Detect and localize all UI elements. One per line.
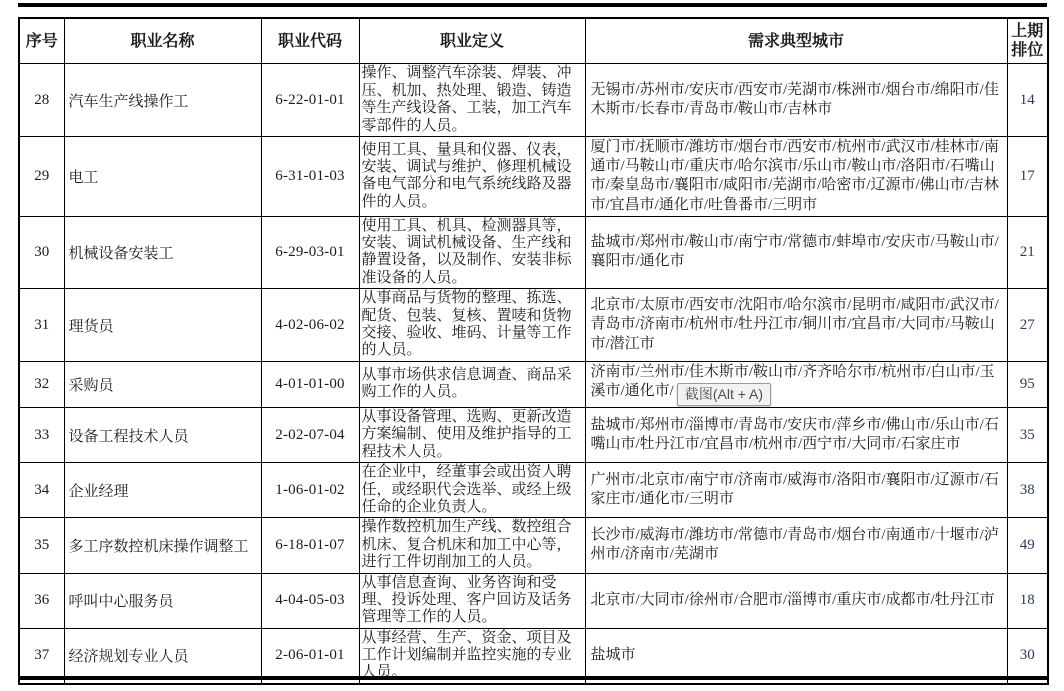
occupation-table: 序号 职业名称 职业代码 职业定义 需求典型城市 上期排位 28 汽车生产线操作… [18,17,1049,685]
cell-demand-cities: 盐城市/郑州市/鞍山市/南宁市/常德市/蚌埠市/安庆市/马鞍山市/襄阳市/通化市 [585,216,1007,289]
cell-demand-cities: 广州市/北京市/南宁市/济南市/威海市/洛阳市/襄阳市/辽源市/石家庄市/通化市… [585,463,1007,518]
cell-previous-rank: 18 [1007,573,1048,628]
cell-occupation-code: 6-18-01-07 [261,518,359,573]
header-occupation-definition: 职业定义 [359,18,585,64]
table-row: 32 采购员 4-01-01-00 从事市场供求信息调查、商品采购工作的人员。 … [19,361,1048,407]
cell-demand-cities: 盐城市/郑州市/淄博市/青岛市/安庆市/萍乡市/佛山市/乐山市/石嘴山市/牡丹江… [585,408,1007,463]
table-row: 34 企业经理 1-06-01-02 在企业中，经董事会或出资人聘任，或经职代会… [19,463,1048,518]
cell-demand-cities: 长沙市/威海市/潍坊市/常德市/青岛市/烟台市/南通市/十堰市/泸州市/济南市/… [585,518,1007,573]
cell-occupation-definition: 使用工具、机具、检测器具等，安装、调试机械设备、生产线和静置设备，以及制作、安装… [359,216,585,289]
table-row: 31 理货员 4-02-06-02 从事商品与货物的整理、拣选、配货、包装、复核… [19,289,1048,362]
cell-previous-rank: 27 [1007,289,1048,362]
cell-demand-cities: 北京市/大同市/徐州市/合肥市/淄博市/重庆市/成都市/牡丹江市 [585,573,1007,628]
table-row: 29 电工 6-31-01-03 使用工具、量具和仪器、仪表，安装、调试与维护、… [19,136,1048,216]
cell-serial-number: 32 [19,361,64,407]
table-row: 36 呼叫中心服务员 4-04-05-03 从事信息查询、业务咨询和受理、投诉处… [19,573,1048,628]
table-header-row: 序号 职业名称 职业代码 职业定义 需求典型城市 上期排位 [19,18,1048,64]
cell-occupation-code: 4-02-06-02 [261,289,359,362]
cell-occupation-code: 6-22-01-01 [261,64,359,137]
table-row: 28 汽车生产线操作工 6-22-01-01 操作、调整汽车涂装、焊装、冲压、机… [19,64,1048,137]
header-occupation-code: 职业代码 [261,18,359,64]
cell-occupation-name: 电工 [64,136,261,216]
cell-demand-cities: 无锡市/苏州市/安庆市/西安市/芜湖市/株洲市/烟台市/绵阳市/佳木斯市/长春市… [585,64,1007,137]
cell-occupation-code: 6-29-03-01 [261,216,359,289]
cell-previous-rank: 38 [1007,463,1048,518]
table-body: 28 汽车生产线操作工 6-22-01-01 操作、调整汽车涂装、焊装、冲压、机… [19,64,1048,684]
cell-occupation-definition: 操作、调整汽车涂装、焊装、冲压、机加、热处理、锻造、铸造等生产线设备、工装，加工… [359,64,585,137]
screenshot-tool-tooltip: 截图(Alt + A) [677,383,771,406]
cell-serial-number: 33 [19,408,64,463]
table-row: 33 设备工程技术人员 2-02-07-04 从事设备管理、选购、更新改造方案编… [19,408,1048,463]
cell-occupation-definition: 在企业中，经董事会或出资人聘任，或经职代会选举、或经上级任命的企业负责人。 [359,463,585,518]
page-top-rule [18,3,1047,7]
cell-previous-rank: 21 [1007,216,1048,289]
cell-occupation-name: 呼叫中心服务员 [64,573,261,628]
header-occupation-name: 职业名称 [64,18,261,64]
cell-previous-rank: 95 [1007,361,1048,407]
cell-occupation-definition: 从事市场供求信息调查、商品采购工作的人员。 [359,361,585,407]
cell-occupation-definition: 从事商品与货物的整理、拣选、配货、包装、复核、置唛和货物交接、验收、堆码、计量等… [359,289,585,362]
cell-demand-cities: 厦门市/抚顺市/潍坊市/烟台市/西安市/杭州市/武汉市/桂林市/南通市/马鞍山市… [585,136,1007,216]
cell-serial-number: 35 [19,518,64,573]
cell-serial-number: 34 [19,463,64,518]
header-serial-number: 序号 [19,18,64,64]
cell-occupation-code: 6-31-01-03 [261,136,359,216]
cell-occupation-name: 理货员 [64,289,261,362]
cell-serial-number: 28 [19,64,64,137]
cell-previous-rank: 49 [1007,518,1048,573]
cell-occupation-definition: 从事信息查询、业务咨询和受理、投诉处理、客户回访及话务管理等工作的人员。 [359,573,585,628]
cell-occupation-code: 4-04-05-03 [261,573,359,628]
cell-occupation-name: 机械设备安装工 [64,216,261,289]
cell-demand-cities: 济南市/兰州市/佳木斯市/鞍山市/齐齐哈尔市/杭州市/白山市/玉溪市/通化市/截… [585,361,1007,407]
cell-occupation-name: 采购员 [64,361,261,407]
cell-serial-number: 36 [19,573,64,628]
cell-serial-number: 30 [19,216,64,289]
cell-occupation-definition: 从事设备管理、选购、更新改造方案编制、使用及维护指导的工程技术人员。 [359,408,585,463]
table-row: 30 机械设备安装工 6-29-03-01 使用工具、机具、检测器具等，安装、调… [19,216,1048,289]
cell-occupation-definition: 操作数控机加生产线、数控组合机床、复合机床和加工中心等，进行工件切削加工的人员。 [359,518,585,573]
cell-previous-rank: 14 [1007,64,1048,137]
cell-demand-cities: 北京市/太原市/西安市/沈阳市/哈尔滨市/昆明市/咸阳市/武汉市/青岛市/济南市… [585,289,1007,362]
cell-serial-number: 29 [19,136,64,216]
cell-occupation-code: 4-01-01-00 [261,361,359,407]
cell-occupation-code: 2-02-07-04 [261,408,359,463]
cell-occupation-name: 企业经理 [64,463,261,518]
cell-previous-rank: 17 [1007,136,1048,216]
header-previous-rank: 上期排位 [1007,18,1048,64]
document-page: 序号 职业名称 职业代码 职业定义 需求典型城市 上期排位 28 汽车生产线操作… [0,0,1064,691]
cell-occupation-name: 多工序数控机床操作调整工 [64,518,261,573]
header-demand-cities: 需求典型城市 [585,18,1007,64]
cell-occupation-name: 设备工程技术人员 [64,408,261,463]
cell-occupation-name: 汽车生产线操作工 [64,64,261,137]
table-row: 35 多工序数控机床操作调整工 6-18-01-07 操作数控机加生产线、数控组… [19,518,1048,573]
page-bottom-rule [18,676,1047,680]
cell-occupation-definition: 使用工具、量具和仪器、仪表，安装、调试与维护、修理机械设备电气部分和电气系统线路… [359,136,585,216]
cell-serial-number: 31 [19,289,64,362]
cell-occupation-code: 1-06-01-02 [261,463,359,518]
cell-previous-rank: 35 [1007,408,1048,463]
